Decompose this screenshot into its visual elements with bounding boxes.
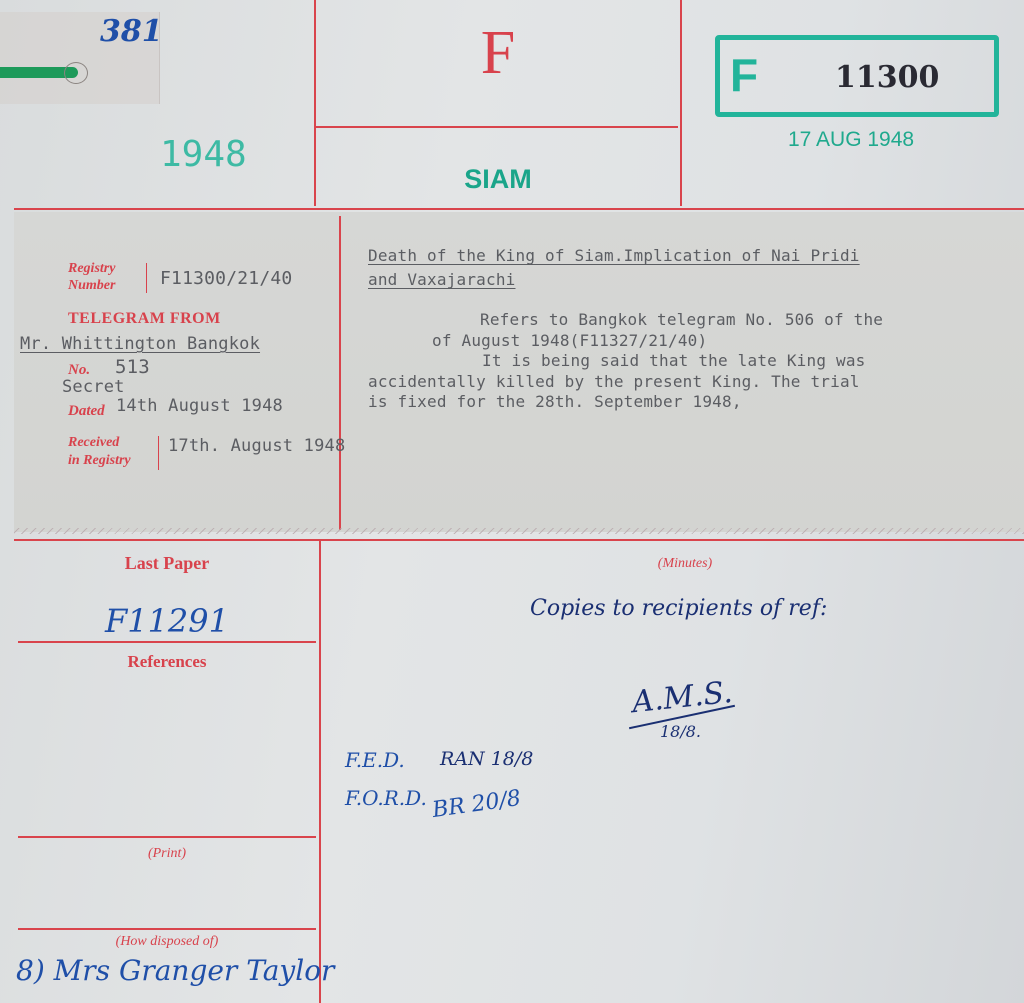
signature: A.M.S.: [630, 675, 734, 720]
registry-number-label: Registry Number: [68, 260, 115, 294]
telegram-from-label: TELEGRAM FROM: [68, 310, 221, 328]
divider: [18, 836, 316, 838]
divider: [319, 540, 321, 1003]
received-value: 17th. August 1948: [168, 436, 345, 456]
references-label: References: [18, 652, 316, 672]
divider: [14, 208, 1024, 210]
routing-dept: F.E.D.: [345, 748, 405, 772]
punch-hole: [64, 62, 88, 84]
routing-initials: RAN 18/8: [440, 748, 533, 770]
divider: [339, 216, 341, 530]
print-label: (Print): [18, 846, 316, 862]
year-stamp: 1948: [160, 134, 247, 175]
minutes-note: Copies to recipients of ref:: [530, 596, 827, 621]
body-line: is fixed for the 28th. September 1948,: [368, 392, 742, 411]
divider: [18, 641, 316, 643]
brace: [146, 263, 152, 293]
telegram-number: 513: [115, 356, 150, 378]
body-line: Refers to Bangkok telegram No. 506 of th…: [480, 310, 883, 329]
subject-title-line-2: and Vaxajarachi: [368, 270, 516, 289]
classification: Secret: [62, 377, 125, 397]
routing-initials: BR 20/8: [431, 786, 523, 823]
sender: Mr. Whittington Bangkok: [20, 334, 260, 354]
last-paper-value: F11291: [18, 602, 316, 640]
registry-number: F11300/21/40: [160, 268, 292, 289]
subject-title-line-1: Death of the King of Siam.Implication of…: [368, 246, 860, 265]
dated-label: Dated: [68, 403, 105, 420]
how-disposed-label: (How disposed of): [18, 934, 316, 950]
dated-value: 14th August 1948: [116, 396, 283, 416]
received-label-line: Received: [68, 434, 131, 452]
body-line: accidentally killed by the present King.…: [368, 372, 860, 391]
minutes-label: (Minutes): [600, 556, 770, 572]
divider: [680, 0, 682, 206]
brace: [158, 436, 164, 470]
routing-dept: F.O.R.D.: [345, 786, 427, 810]
registry-label-line: Registry: [68, 260, 115, 277]
perforated-edge: [14, 528, 1024, 534]
folder-number: 381: [100, 14, 163, 49]
last-paper-label: Last Paper: [18, 553, 316, 574]
received-label: Received in Registry: [68, 434, 131, 470]
file-letter: F: [316, 18, 680, 89]
divider: [316, 126, 678, 128]
signature-date: 18/8.: [660, 722, 701, 741]
divider: [14, 539, 1024, 541]
body-line: of August 1948(F11327/21/40): [432, 331, 707, 350]
registry-stamp-box: F 11300: [715, 35, 999, 117]
number-label-line: Number: [68, 277, 115, 294]
how-disposed-value: 8) Mrs Granger Taylor: [16, 954, 334, 987]
country-label: SIAM: [316, 164, 680, 195]
stamp-number: 11300: [835, 60, 939, 95]
body-line: It is being said that the late King was: [482, 351, 865, 370]
divider: [18, 928, 316, 930]
stamp-prefix: F: [730, 48, 758, 102]
stamp-date: 17 AUG 1948: [788, 128, 914, 152]
in-registry-label-line: in Registry: [68, 452, 131, 470]
